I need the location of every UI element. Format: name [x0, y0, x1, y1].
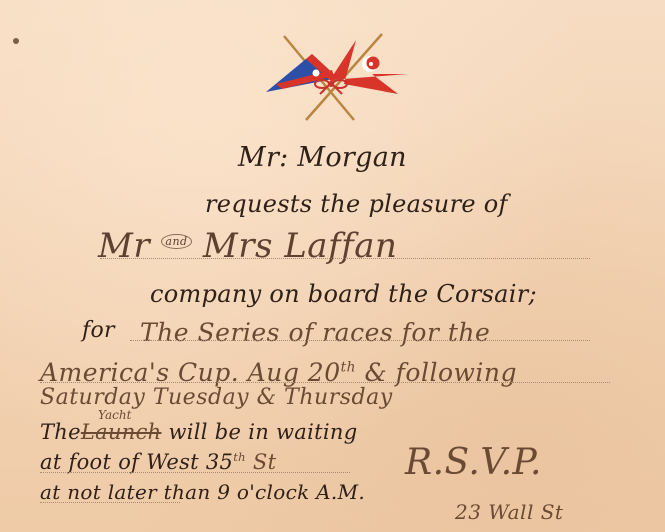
- event-line: The Series of races for the: [140, 318, 490, 347]
- location-underline: [40, 472, 350, 473]
- invitation-card: Mr: Morgan requests the pleasure of Mr a…: [0, 0, 665, 532]
- time-underline: [40, 502, 180, 503]
- crossed-flags-icon: [262, 32, 412, 122]
- guest-prefix: Mr: [98, 226, 150, 266]
- location-suffix: St: [253, 450, 276, 474]
- company-line: company on board the Corsair;: [150, 280, 537, 308]
- launch-article: The: [40, 420, 81, 444]
- launch-line: TheLaunch will be in waiting: [40, 420, 357, 444]
- host-line: Mr: Morgan: [238, 142, 407, 173]
- struck-word: Launch: [81, 420, 162, 444]
- cup-underline: [40, 382, 610, 383]
- request-line: requests the pleasure of: [205, 190, 508, 218]
- guest-underline: [100, 258, 590, 259]
- for-label: for: [82, 318, 115, 343]
- paper-blemish: [13, 38, 19, 44]
- time-line: at not later than 9 o'clock A.M.: [40, 480, 365, 504]
- event-underline: [130, 340, 590, 341]
- launch-rest: will be in waiting: [168, 420, 357, 444]
- guest-name: Mrs Laffan: [203, 226, 398, 266]
- location-ordinal: th: [233, 450, 246, 464]
- location-line: at foot of West 35th St: [40, 450, 276, 474]
- days-line: Saturday Tuesday & Thursday: [40, 385, 393, 410]
- guest-conjunction: and: [161, 234, 191, 249]
- cup-ordinal: th: [341, 360, 356, 376]
- guest-line: Mr and Mrs Laffan: [98, 226, 397, 266]
- address: 23 Wall St: [455, 500, 563, 524]
- rsvp-mark: R.S.V.P.: [405, 442, 542, 483]
- location-text: at foot of West 35: [40, 450, 233, 474]
